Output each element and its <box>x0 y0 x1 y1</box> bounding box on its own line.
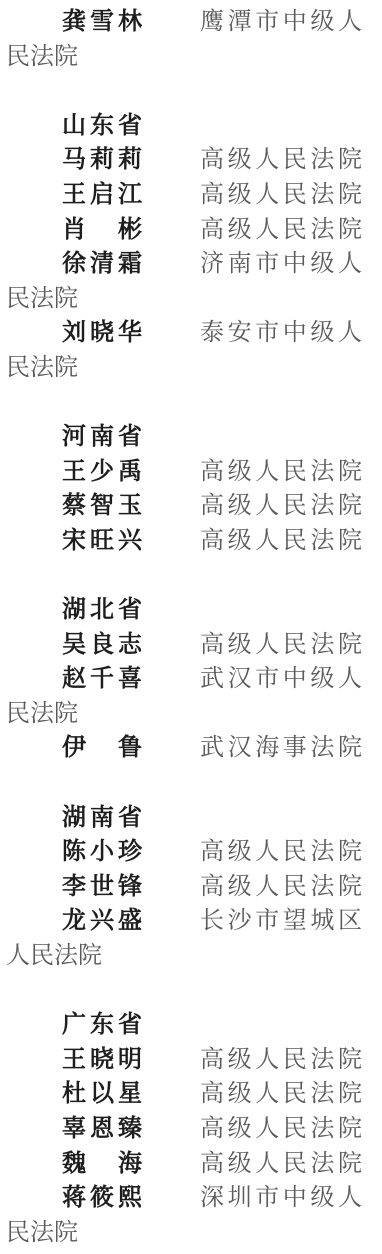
char: 广 <box>62 1007 86 1042</box>
province-heading: 河南省 <box>0 419 382 454</box>
judge-entry: 魏海高级人民法院 <box>0 1146 382 1181</box>
province-label: 河南省 <box>62 419 142 454</box>
province-heading: 山东省 <box>0 108 382 143</box>
char: 世 <box>90 869 114 904</box>
char: 雪 <box>90 4 114 39</box>
char: 人 <box>255 1111 279 1146</box>
char: 人 <box>255 523 279 558</box>
court-name: 武汉海事法院 <box>200 730 362 765</box>
judge-entry: 蔡智玉高级人民法院 <box>0 488 382 523</box>
char: 人 <box>255 1076 279 1111</box>
char: 湖 <box>62 592 86 627</box>
judge-entry: 肖彬高级人民法院 <box>0 212 382 247</box>
char: 南 <box>228 246 252 281</box>
char: 喜 <box>118 661 142 696</box>
char: 人 <box>338 1180 362 1215</box>
char: 北 <box>90 592 114 627</box>
court-name-continuation: 人民法院 <box>0 938 382 973</box>
char: 级 <box>228 488 252 523</box>
char: 良 <box>90 627 114 662</box>
judge-name: 王晓明 <box>62 1042 142 1077</box>
char: 人 <box>255 869 279 904</box>
char: 中 <box>283 4 307 39</box>
judge-entry: 刘晓华泰安市中级人 <box>0 315 382 350</box>
court-name: 高级人民法院 <box>200 142 362 177</box>
char: 泰 <box>200 315 224 350</box>
char: 区 <box>338 903 362 938</box>
char: 筱 <box>90 1180 114 1215</box>
char: 霜 <box>118 246 142 281</box>
char: 深 <box>200 1180 224 1215</box>
char: 市 <box>255 4 279 39</box>
char: 兴 <box>90 903 114 938</box>
char: 高 <box>200 142 224 177</box>
char: 人 <box>255 834 279 869</box>
char: 民 <box>283 869 307 904</box>
char: 法 <box>310 177 334 212</box>
char: 高 <box>200 834 224 869</box>
court-name: 高级人民法院 <box>200 627 362 662</box>
char: 鲁 <box>118 730 142 765</box>
judge-name: 王少禹 <box>62 454 142 489</box>
province-label: 山东省 <box>62 108 142 143</box>
judge-entry: 杜以星高级人民法院 <box>0 1076 382 1111</box>
char: 高 <box>200 1042 224 1077</box>
judge-name: 徐清霜 <box>62 246 142 281</box>
char: 省 <box>118 592 142 627</box>
char: 圳 <box>228 1180 252 1215</box>
char: 法 <box>310 627 334 662</box>
judge-entry: 李世锋高级人民法院 <box>0 869 382 904</box>
court-name: 长沙市望城区 <box>200 903 362 938</box>
char: 级 <box>228 1042 252 1077</box>
char: 武 <box>200 730 224 765</box>
char: 伊 <box>62 730 86 765</box>
blank-line <box>0 765 382 800</box>
judge-entry: 马莉莉高级人民法院 <box>0 142 382 177</box>
char: 武 <box>200 661 224 696</box>
char: 赵 <box>62 661 86 696</box>
char: 禹 <box>118 454 142 489</box>
char: 肖 <box>62 212 86 247</box>
judge-entry: 蒋筱熙深圳市中级人 <box>0 1180 382 1215</box>
court-name-continuation: 民法院 <box>0 1215 382 1250</box>
char: 市 <box>255 661 279 696</box>
char: 院 <box>338 177 362 212</box>
char: 河 <box>62 419 86 454</box>
court-name: 高级人民法院 <box>200 1042 362 1077</box>
char: 吴 <box>62 627 86 662</box>
char: 民 <box>283 454 307 489</box>
char: 清 <box>90 246 114 281</box>
court-name: 高级人民法院 <box>200 869 362 904</box>
char: 小 <box>90 834 114 869</box>
judge-name: 肖彬 <box>62 212 142 247</box>
court-name: 武汉市中级人 <box>200 661 362 696</box>
char: 民 <box>283 1111 307 1146</box>
char: 东 <box>90 1007 114 1042</box>
char: 魏 <box>62 1146 86 1181</box>
char: 玉 <box>118 488 142 523</box>
blank-line <box>0 73 382 108</box>
court-name: 高级人民法院 <box>200 523 362 558</box>
court-name: 鹰潭市中级人 <box>200 4 362 39</box>
char: 市 <box>255 903 279 938</box>
char: 级 <box>228 1076 252 1111</box>
char: 市 <box>255 246 279 281</box>
court-name-continuation: 民法院 <box>0 281 382 316</box>
char: 院 <box>338 142 362 177</box>
court-name: 高级人民法院 <box>200 177 362 212</box>
province-heading: 湖南省 <box>0 800 382 835</box>
char: 级 <box>310 4 334 39</box>
court-name: 济南市中级人 <box>200 246 362 281</box>
judge-name: 宋旺兴 <box>62 523 142 558</box>
char: 杜 <box>62 1076 86 1111</box>
char: 级 <box>228 869 252 904</box>
judge-name: 魏海 <box>62 1146 142 1181</box>
char: 臻 <box>118 1111 142 1146</box>
char: 法 <box>310 834 334 869</box>
char: 熙 <box>118 1180 142 1215</box>
char: 级 <box>228 1146 252 1181</box>
char: 珍 <box>118 834 142 869</box>
char: 少 <box>90 454 114 489</box>
province-label: 湖南省 <box>62 800 142 835</box>
char: 事 <box>283 730 307 765</box>
char: 启 <box>90 177 114 212</box>
judge-name: 王启江 <box>62 177 142 212</box>
char: 级 <box>228 523 252 558</box>
char: 省 <box>118 108 142 143</box>
judge-name: 吴良志 <box>62 627 142 662</box>
char: 蒋 <box>62 1180 86 1215</box>
court-name: 深圳市中级人 <box>200 1180 362 1215</box>
char: 级 <box>228 834 252 869</box>
char: 东 <box>90 108 114 143</box>
char: 民 <box>283 1076 307 1111</box>
court-name: 高级人民法院 <box>200 1111 362 1146</box>
char: 望 <box>283 903 307 938</box>
char: 院 <box>338 1146 362 1181</box>
char: 宋 <box>62 523 86 558</box>
char: 高 <box>200 1111 224 1146</box>
char: 王 <box>62 1042 86 1077</box>
char: 人 <box>338 246 362 281</box>
judge-name: 杜以星 <box>62 1076 142 1111</box>
judge-entry: 宋旺兴高级人民法院 <box>0 523 382 558</box>
char: 法 <box>310 212 334 247</box>
char: 人 <box>255 1146 279 1181</box>
char: 高 <box>200 523 224 558</box>
char: 民 <box>283 523 307 558</box>
char: 级 <box>310 246 334 281</box>
char: 林 <box>118 4 142 39</box>
char: 民 <box>283 1042 307 1077</box>
judge-entry: 陈小珍高级人民法院 <box>0 834 382 869</box>
judge-name: 龙兴盛 <box>62 903 142 938</box>
char: 人 <box>255 177 279 212</box>
char: 海 <box>255 730 279 765</box>
char: 龚 <box>62 4 86 39</box>
court-name: 高级人民法院 <box>200 1076 362 1111</box>
court-name-wrap: 民法院 <box>6 39 78 74</box>
char: 刘 <box>62 315 86 350</box>
char: 高 <box>200 454 224 489</box>
char: 级 <box>228 627 252 662</box>
judge-name: 赵千喜 <box>62 661 142 696</box>
char: 民 <box>283 142 307 177</box>
judge-name: 蔡智玉 <box>62 488 142 523</box>
char: 千 <box>90 661 114 696</box>
char: 莉 <box>118 142 142 177</box>
char: 人 <box>255 454 279 489</box>
judge-entry: 辜恩臻高级人民法院 <box>0 1111 382 1146</box>
char: 级 <box>228 454 252 489</box>
char: 南 <box>90 800 114 835</box>
char: 院 <box>338 834 362 869</box>
char: 人 <box>338 661 362 696</box>
judge-entry: 赵千喜武汉市中级人 <box>0 661 382 696</box>
char: 汉 <box>228 661 252 696</box>
char: 院 <box>338 730 362 765</box>
judge-name: 陈小珍 <box>62 834 142 869</box>
char: 中 <box>283 661 307 696</box>
char: 级 <box>310 1180 334 1215</box>
char: 高 <box>200 488 224 523</box>
judge-name: 马莉莉 <box>62 142 142 177</box>
char: 省 <box>118 1007 142 1042</box>
char: 人 <box>255 488 279 523</box>
court-name-continuation: 民法院 <box>0 350 382 385</box>
char: 智 <box>90 488 114 523</box>
char: 院 <box>338 1042 362 1077</box>
judge-entry: 龙兴盛长沙市望城区 <box>0 903 382 938</box>
char: 蔡 <box>62 488 86 523</box>
char: 民 <box>283 627 307 662</box>
court-name: 高级人民法院 <box>200 1146 362 1181</box>
judge-name: 辜恩臻 <box>62 1111 142 1146</box>
char: 人 <box>255 1042 279 1077</box>
char: 院 <box>338 869 362 904</box>
char: 海 <box>118 1146 142 1181</box>
char: 以 <box>90 1076 114 1111</box>
char: 民 <box>283 488 307 523</box>
char: 民 <box>283 212 307 247</box>
char: 法 <box>310 488 334 523</box>
char: 院 <box>338 1076 362 1111</box>
char: 法 <box>310 1076 334 1111</box>
judge-entry: 龚雪林鹰潭市中级人 <box>0 4 382 39</box>
char: 江 <box>118 177 142 212</box>
char: 民 <box>283 834 307 869</box>
char: 人 <box>255 627 279 662</box>
char: 沙 <box>228 903 252 938</box>
char: 市 <box>255 315 279 350</box>
char: 中 <box>283 246 307 281</box>
char: 法 <box>310 1042 334 1077</box>
char: 安 <box>228 315 252 350</box>
char: 高 <box>200 627 224 662</box>
char: 高 <box>200 1146 224 1181</box>
char: 院 <box>338 627 362 662</box>
char: 济 <box>200 246 224 281</box>
court-name-continuation: 民法院 <box>0 39 382 74</box>
char: 级 <box>310 661 334 696</box>
char: 级 <box>228 212 252 247</box>
char: 华 <box>118 315 142 350</box>
char: 省 <box>118 419 142 454</box>
char: 高 <box>200 869 224 904</box>
judge-entry: 徐清霜济南市中级人 <box>0 246 382 281</box>
blank-line <box>0 973 382 1008</box>
province-heading: 湖北省 <box>0 592 382 627</box>
char: 南 <box>90 419 114 454</box>
char: 高 <box>200 212 224 247</box>
char: 人 <box>255 212 279 247</box>
char: 王 <box>62 454 86 489</box>
char: 锋 <box>118 869 142 904</box>
judge-roster-document: 龚雪林鹰潭市中级人民法院山东省马莉莉高级人民法院王启江高级人民法院肖彬高级人民法… <box>0 4 382 1249</box>
judge-entry: 吴良志高级人民法院 <box>0 627 382 662</box>
char: 志 <box>118 627 142 662</box>
court-name: 泰安市中级人 <box>200 315 362 350</box>
char: 鹰 <box>200 4 224 39</box>
char: 院 <box>338 212 362 247</box>
char: 法 <box>310 523 334 558</box>
char: 院 <box>338 523 362 558</box>
char: 莉 <box>90 142 114 177</box>
char: 民 <box>283 177 307 212</box>
char: 法 <box>310 142 334 177</box>
court-name-wrap: 民法院 <box>6 281 78 316</box>
judge-entry: 伊鲁武汉海事法院 <box>0 730 382 765</box>
char: 汉 <box>228 730 252 765</box>
char: 兴 <box>118 523 142 558</box>
char: 辜 <box>62 1111 86 1146</box>
judge-name: 伊鲁 <box>62 730 142 765</box>
char: 高 <box>200 177 224 212</box>
char: 晓 <box>90 1042 114 1077</box>
province-label: 广东省 <box>62 1007 142 1042</box>
char: 恩 <box>90 1111 114 1146</box>
char: 盛 <box>118 903 142 938</box>
char: 法 <box>310 730 334 765</box>
char: 级 <box>228 1111 252 1146</box>
judge-entry: 王少禹高级人民法院 <box>0 454 382 489</box>
court-name: 高级人民法院 <box>200 834 362 869</box>
court-name-wrap: 人民法院 <box>6 938 102 973</box>
char: 城 <box>310 903 334 938</box>
char: 级 <box>310 315 334 350</box>
char: 马 <box>62 142 86 177</box>
char: 省 <box>118 800 142 835</box>
char: 人 <box>338 315 362 350</box>
char: 徐 <box>62 246 86 281</box>
court-name: 高级人民法院 <box>200 454 362 489</box>
blank-line <box>0 385 382 420</box>
char: 王 <box>62 177 86 212</box>
char: 星 <box>118 1076 142 1111</box>
blank-line <box>0 558 382 593</box>
judge-name: 蒋筱熙 <box>62 1180 142 1215</box>
char: 级 <box>228 142 252 177</box>
char: 高 <box>200 1076 224 1111</box>
char: 人 <box>255 142 279 177</box>
court-name-continuation: 民法院 <box>0 696 382 731</box>
char: 法 <box>310 869 334 904</box>
province-label: 湖北省 <box>62 592 142 627</box>
char: 山 <box>62 108 86 143</box>
judge-name: 龚雪林 <box>62 4 142 39</box>
char: 旺 <box>90 523 114 558</box>
char: 院 <box>338 488 362 523</box>
char: 彬 <box>118 212 142 247</box>
char: 李 <box>62 869 86 904</box>
char: 院 <box>338 454 362 489</box>
court-name-wrap: 民法院 <box>6 1215 78 1250</box>
char: 市 <box>255 1180 279 1215</box>
judge-entry: 王启江高级人民法院 <box>0 177 382 212</box>
court-name: 高级人民法院 <box>200 488 362 523</box>
province-heading: 广东省 <box>0 1007 382 1042</box>
char: 院 <box>338 1111 362 1146</box>
char: 陈 <box>62 834 86 869</box>
char: 湖 <box>62 800 86 835</box>
char: 中 <box>283 1180 307 1215</box>
char: 长 <box>200 903 224 938</box>
court-name-wrap: 民法院 <box>6 696 78 731</box>
char: 人 <box>338 4 362 39</box>
char: 中 <box>283 315 307 350</box>
char: 法 <box>310 454 334 489</box>
char: 法 <box>310 1146 334 1181</box>
judge-name: 刘晓华 <box>62 315 142 350</box>
char: 龙 <box>62 903 86 938</box>
court-name-wrap: 民法院 <box>6 350 78 385</box>
char: 明 <box>118 1042 142 1077</box>
court-name: 高级人民法院 <box>200 212 362 247</box>
judge-entry: 王晓明高级人民法院 <box>0 1042 382 1077</box>
judge-name: 李世锋 <box>62 869 142 904</box>
char: 法 <box>310 1111 334 1146</box>
char: 民 <box>283 1146 307 1181</box>
char: 级 <box>228 177 252 212</box>
char: 晓 <box>90 315 114 350</box>
char: 潭 <box>228 4 252 39</box>
